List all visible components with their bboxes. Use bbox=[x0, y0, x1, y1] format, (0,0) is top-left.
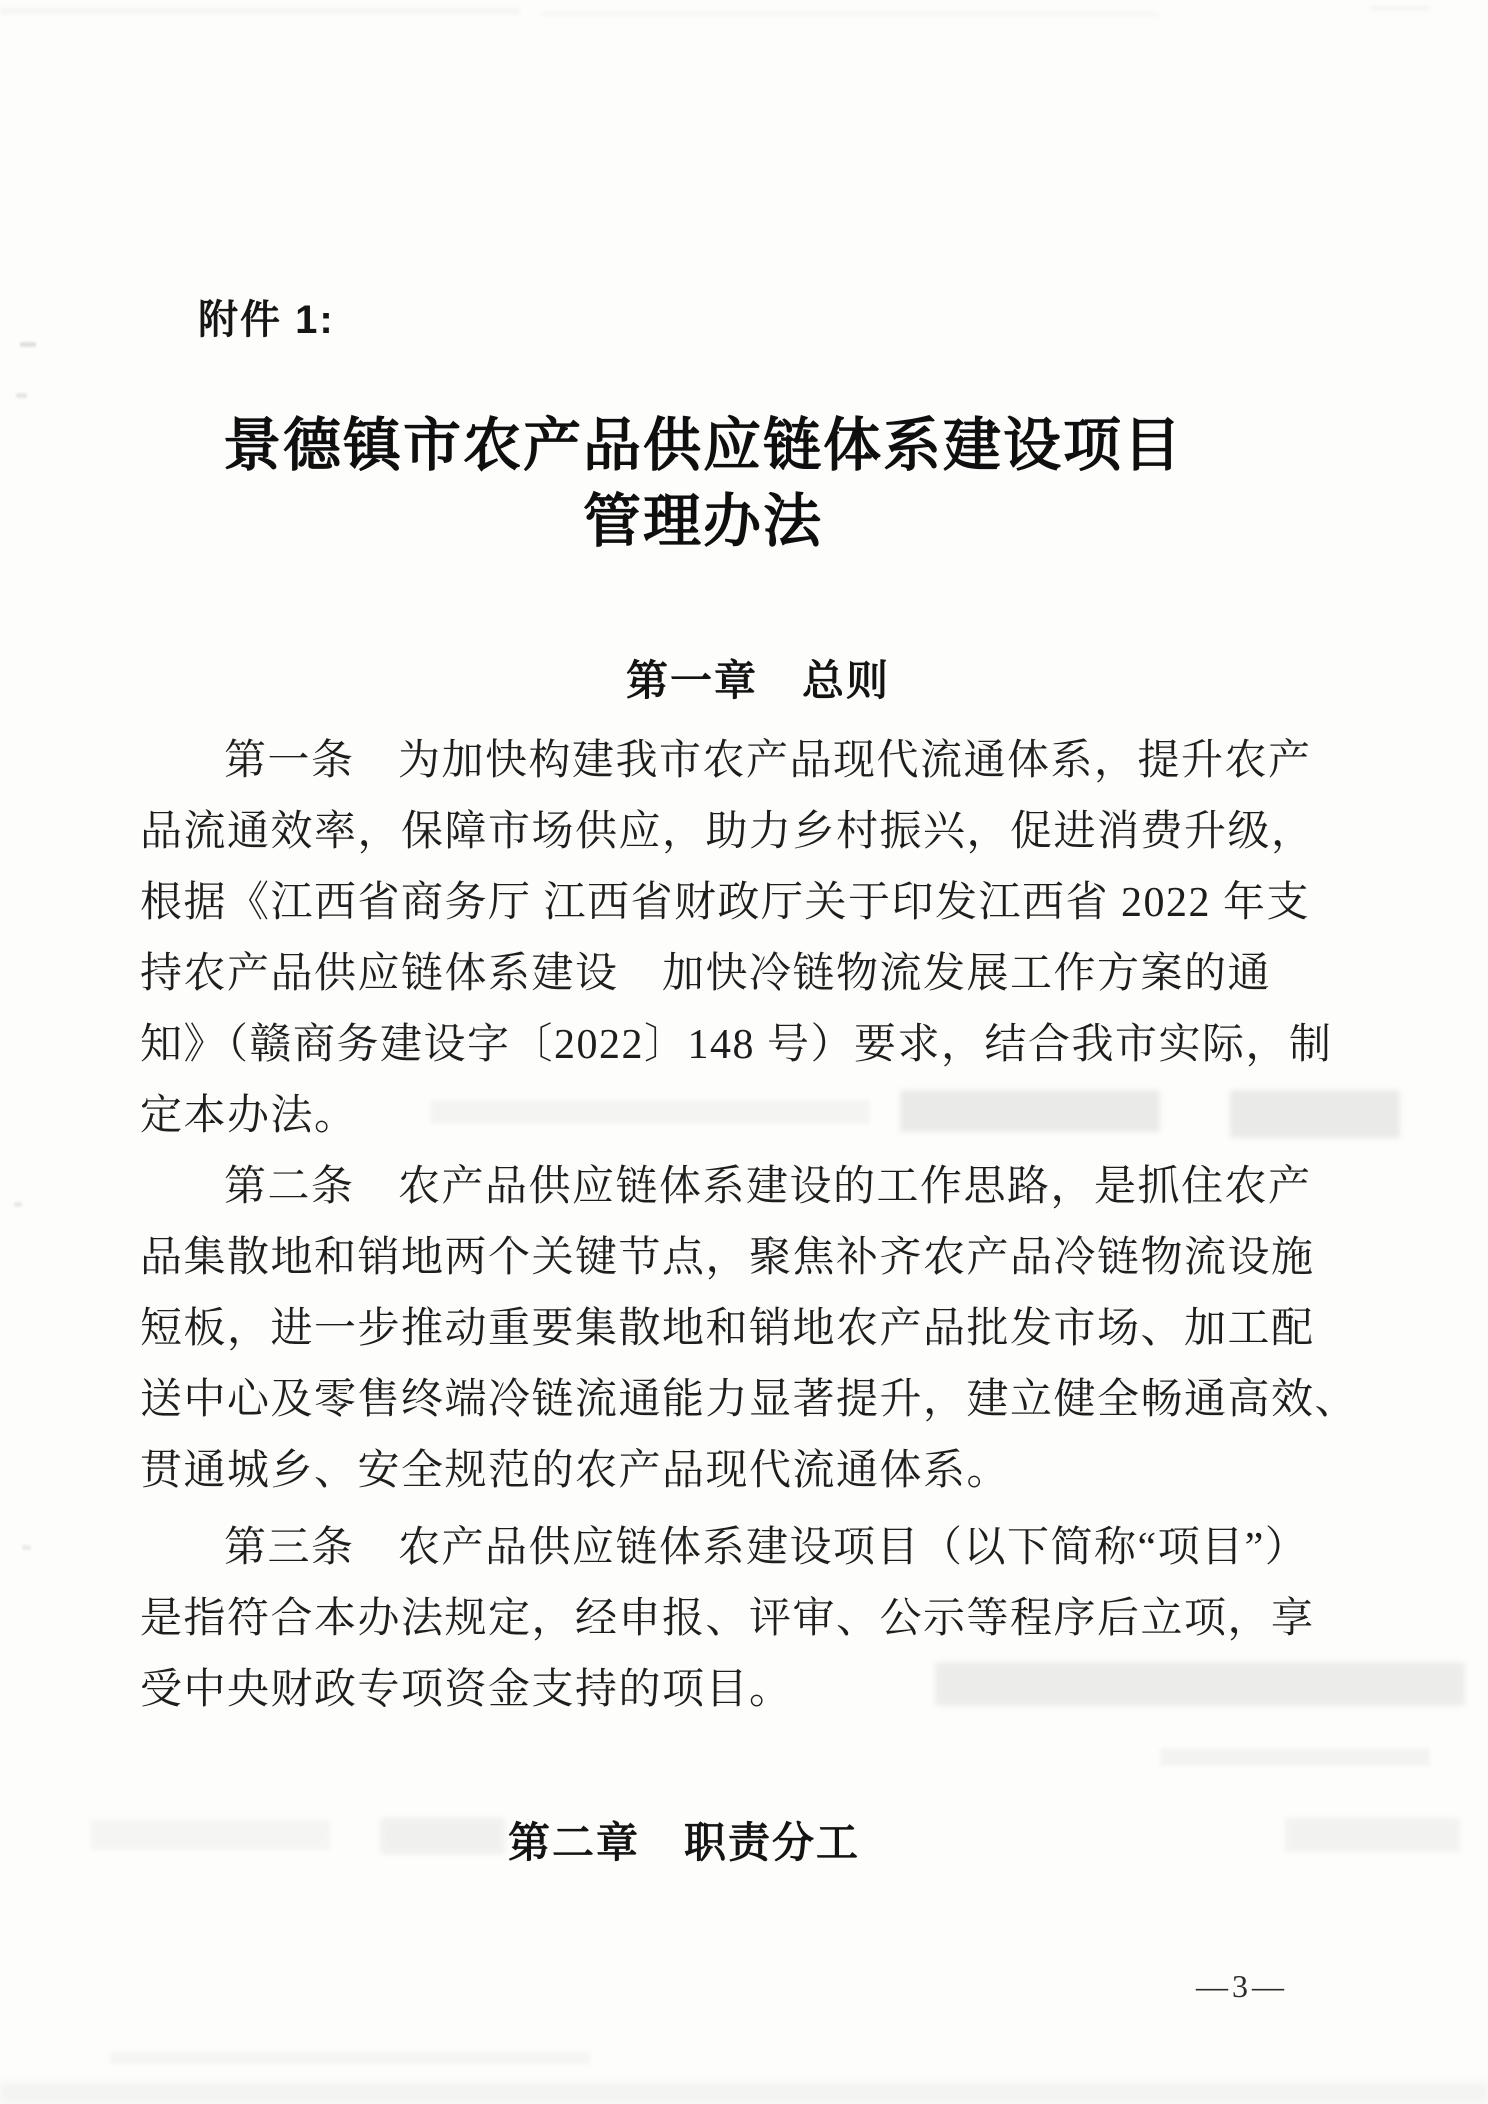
page-number: —3— bbox=[1196, 1968, 1288, 2005]
body-line: 品集散地和销地两个关键节点，聚焦补齐农产品冷链物流设施 bbox=[140, 1223, 1352, 1294]
scan-smudge bbox=[0, 2082, 1488, 2104]
document-title-line1: 景德镇市农产品供应链体系建设项目 bbox=[97, 408, 1309, 484]
document-body: 第一条 为加快构建我市农产品现代流通体系，提升农产 品流通效率，保障市场供应，助… bbox=[140, 726, 1352, 1726]
scan-smudge bbox=[0, 8, 520, 14]
body-line: 持农产品供应链体系建设 加快冷链物流发展工作方案的通 bbox=[140, 939, 1352, 1010]
body-line: 第二条 农产品供应链体系建设的工作思路，是抓住农产 bbox=[140, 1152, 1352, 1223]
scan-smudge bbox=[1160, 1748, 1430, 1766]
body-line: 第一条 为加快构建我市农产品现代流通体系，提升农产 bbox=[140, 726, 1352, 797]
scan-smudge bbox=[110, 2052, 590, 2064]
body-line: 贯通城乡、安全规范的农产品现代流通体系。 bbox=[140, 1436, 1352, 1507]
scan-smudge bbox=[22, 1545, 31, 1550]
body-line: 定本办法。 bbox=[140, 1081, 1352, 1152]
body-line: 品流通效率，保障市场供应，助力乡村振兴，促进消费升级， bbox=[140, 797, 1352, 868]
body-line: 短板，进一步推动重要集散地和销地农产品批发市场、加工配 bbox=[140, 1294, 1352, 1365]
chapter-2-heading: 第二章 职责分工 bbox=[78, 1810, 1290, 1870]
paragraph-article-3: 第三条 农产品供应链体系建设项目（以下简称“项目”） 是指符合本办法规定，经申报… bbox=[140, 1513, 1352, 1726]
scan-smudge bbox=[16, 393, 27, 398]
chapter-1-heading: 第一章 总则 bbox=[152, 648, 1364, 708]
document-title: 景德镇市农产品供应链体系建设项目 管理办法 bbox=[97, 408, 1309, 560]
body-line: 送中心及零售终端冷链流通能力显著提升，建立健全畅通高效、 bbox=[140, 1365, 1352, 1436]
paragraph-article-1: 第一条 为加快构建我市农产品现代流通体系，提升农产 品流通效率，保障市场供应，助… bbox=[140, 726, 1352, 1152]
body-line: 是指符合本办法规定，经申报、评审、公示等程序后立项，享 bbox=[140, 1584, 1352, 1655]
attachment-label: 附件 1: bbox=[198, 288, 335, 345]
body-line: 根据《江西省商务厅 江西省财政厅关于印发江西省 2022 年支 bbox=[140, 868, 1352, 939]
document-page: 附件 1: 景德镇市农产品供应链体系建设项目 管理办法 第一章 总则 第一条 为… bbox=[0, 0, 1488, 2104]
scan-smudge bbox=[14, 1202, 22, 1207]
scan-smudge bbox=[1285, 1818, 1460, 1852]
document-title-line2: 管理办法 bbox=[97, 484, 1309, 560]
body-line: 知》（赣商务建设字〔2022〕148 号）要求，结合我市实际，制 bbox=[140, 1010, 1352, 1081]
scan-smudge bbox=[1370, 6, 1430, 11]
body-line: 受中央财政专项资金支持的项目。 bbox=[140, 1655, 1352, 1726]
body-line: 第三条 农产品供应链体系建设项目（以下简称“项目”） bbox=[140, 1513, 1352, 1584]
paragraph-article-2: 第二条 农产品供应链体系建设的工作思路，是抓住农产 品集散地和销地两个关键节点，… bbox=[140, 1152, 1352, 1507]
scan-smudge bbox=[20, 342, 36, 347]
scan-smudge bbox=[540, 12, 1160, 16]
